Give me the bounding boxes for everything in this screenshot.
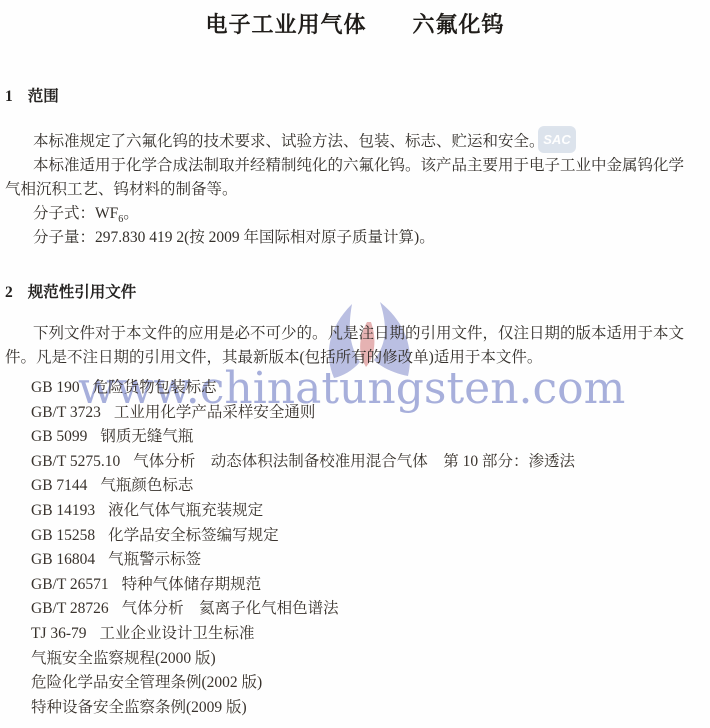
reference-item: GB 5099钢质无缝气瓶: [31, 425, 575, 450]
reference-item: GB 190危险货物包装标志: [31, 376, 575, 401]
reference-title: 特种设备安全监察条例(2009 版): [31, 699, 247, 716]
reference-code: GB/T 28726: [31, 600, 109, 617]
reference-title: 化学品安全标签编写规定: [108, 527, 279, 544]
reference-title: 危险化学品安全管理条例(2002 版): [31, 674, 262, 691]
reference-code: GB 190: [31, 379, 80, 396]
references-intro-line: 下列文件对于本文件的应用是必不可少的。凡是注日期的引用文件，仅注日期的版本适用于…: [5, 322, 707, 346]
molecular-formula-prefix: 分子式：WF: [33, 205, 118, 222]
reference-title: 气瓶安全监察规程(2000 版): [31, 650, 216, 667]
page-title: 电子工业用气体 六氟化钨: [0, 8, 710, 39]
reference-code: TJ 36-79: [31, 625, 87, 642]
reference-title: 气体分析 动态体积法制备校准用混合气体 第 10 部分：渗透法: [133, 453, 575, 470]
section-1-body: 本标准规定了六氟化钨的技术要求、试验方法、包装、标志、贮运和安全。 本标准适用于…: [5, 130, 707, 250]
section-2-body: 下列文件对于本文件的应用是必不可少的。凡是注日期的引用文件，仅注日期的版本适用于…: [5, 322, 707, 370]
reference-item: 危险化学品安全管理条例(2002 版): [31, 671, 575, 696]
references-intro-line: 件。凡是不注日期的引用文件，其最新版本(包括所有的修改单)适用于本文件。: [5, 346, 707, 370]
reference-title: 液化气体气瓶充装规定: [108, 502, 263, 519]
reference-item: GB 14193液化气体气瓶充装规定: [31, 499, 575, 524]
scope-paragraph-line: 本标准适用于化学合成法制取并经精制纯化的六氟化钨。该产品主要用于电子工业中金属钨…: [5, 154, 707, 178]
reference-code: GB 5099: [31, 428, 87, 445]
molecular-formula-suffix: 。: [123, 205, 139, 222]
reference-title: 特种气体储存期规范: [122, 576, 262, 593]
reference-item: GB/T 26571特种气体储存期规范: [31, 573, 575, 598]
reference-code: GB 14193: [31, 502, 95, 519]
reference-item: GB/T 5275.10气体分析 动态体积法制备校准用混合气体 第 10 部分：…: [31, 450, 575, 475]
molecular-formula-line: 分子式：WF6。: [5, 202, 707, 226]
section-1-title: 范围: [28, 88, 59, 105]
reference-code: GB/T 26571: [31, 576, 109, 593]
section-2-heading: 2规范性引用文件: [5, 280, 136, 302]
reference-title: 气体分析 氦离子化气相色谱法: [122, 600, 339, 617]
reference-code: GB/T 5275.10: [31, 453, 120, 470]
normative-references-list: GB 190危险货物包装标志 GB/T 3723工业用化学产品采样安全通则 GB…: [31, 376, 575, 720]
reference-item: 气瓶安全监察规程(2000 版): [31, 647, 575, 672]
reference-title: 钢质无缝气瓶: [100, 428, 193, 445]
reference-title: 危险货物包装标志: [93, 379, 217, 396]
reference-code: GB 7144: [31, 477, 87, 494]
reference-item: TJ 36-79工业企业设计卫生标准: [31, 622, 575, 647]
reference-title: 气瓶警示标签: [108, 551, 201, 568]
scope-paragraph-line: 气相沉积工艺、钨材料的制备等。: [5, 178, 707, 202]
reference-title: 工业企业设计卫生标准: [100, 625, 255, 642]
section-1-heading: 1范围: [5, 84, 59, 106]
reference-title: 气瓶颜色标志: [100, 477, 193, 494]
reference-item: GB/T 3723工业用化学产品采样安全通则: [31, 401, 575, 426]
reference-code: GB/T 3723: [31, 404, 101, 421]
reference-item: GB 16804气瓶警示标签: [31, 548, 575, 573]
reference-item: GB 15258化学品安全标签编写规定: [31, 524, 575, 549]
molecular-mass-line: 分子量：297.830 419 2(按 2009 年国际相对原子质量计算)。: [5, 226, 707, 250]
reference-item: GB 7144气瓶颜色标志: [31, 474, 575, 499]
reference-code: GB 16804: [31, 551, 95, 568]
document-page: www.chinatungsten.com SAC 电子工业用气体 六氟化钨 1…: [0, 0, 710, 728]
reference-item: GB/T 28726气体分析 氦离子化气相色谱法: [31, 597, 575, 622]
scope-paragraph-line: 本标准规定了六氟化钨的技术要求、试验方法、包装、标志、贮运和安全。: [5, 130, 707, 154]
section-2-title: 规范性引用文件: [28, 284, 137, 301]
reference-title: 工业用化学产品采样安全通则: [114, 404, 316, 421]
reference-item: 特种设备安全监察条例(2009 版): [31, 696, 575, 721]
reference-code: GB 15258: [31, 527, 95, 544]
section-2-number: 2: [5, 284, 13, 302]
section-1-number: 1: [5, 88, 13, 106]
